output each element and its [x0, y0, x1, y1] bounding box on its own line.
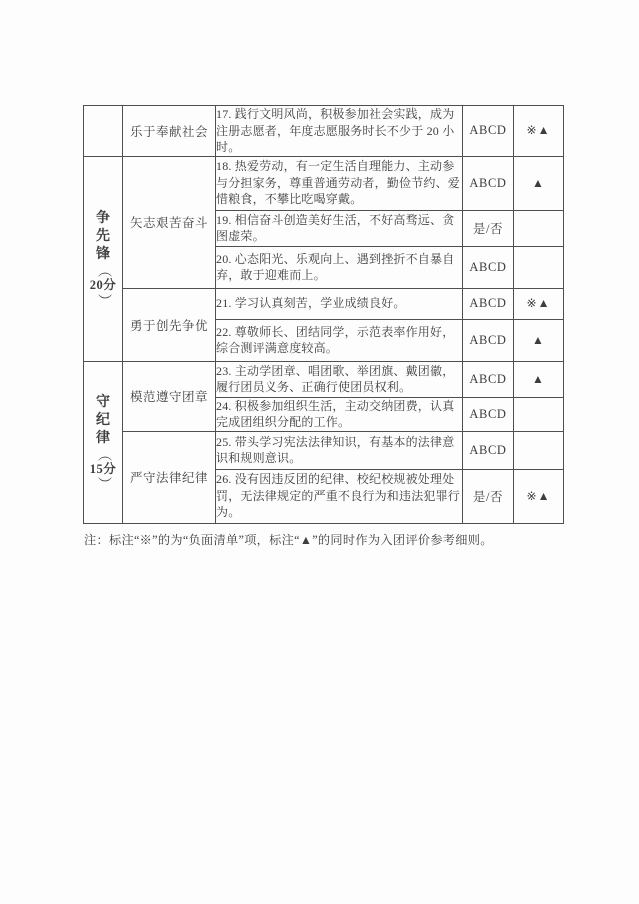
subcategory-strive-for-excellence: 勇于创先争优: [123, 288, 216, 361]
category-char: 纪: [96, 413, 110, 429]
category-score: 15分: [90, 462, 117, 476]
mark-24: [514, 397, 564, 431]
table-row: 争 先 锋 （ 20分 ） 矢志艰苦奋斗 18. 热爱劳动，有一定生活自理能力、…: [84, 156, 564, 210]
item-23: 23. 主动学团章、唱团歌、举团旗、戴团徽，履行团员义务、正确行使团员权利。: [216, 361, 463, 397]
subcategory-hard-struggle: 矢志艰苦奋斗: [123, 156, 216, 288]
subcategory-abide-by-law: 严守法律纪律: [123, 431, 216, 523]
category-char: 守: [96, 395, 110, 411]
document-page: 乐于奉献社会 17. 践行文明风尚，积极参加社会实践，成为注册志愿者，年度志愿服…: [0, 0, 639, 904]
category-paren-open: （: [98, 264, 109, 278]
table-row: 乐于奉献社会 17. 践行文明风尚，积极参加社会实践，成为注册志愿者，年度志愿服…: [84, 106, 564, 157]
category-paren-close: ）: [98, 477, 109, 491]
item-17: 17. 践行文明风尚，积极参加社会实践，成为注册志愿者，年度志愿服务时长不少于 …: [216, 106, 463, 157]
category-label-vertical: 争 先 锋 （ 20分 ）: [84, 211, 122, 306]
evaluation-table: 乐于奉献社会 17. 践行文明风尚，积极参加社会实践，成为注册志愿者，年度志愿服…: [83, 105, 564, 524]
rating-20: ABCD: [463, 246, 514, 288]
rating-18: ABCD: [463, 156, 514, 210]
item-18: 18. 热爱劳动，有一定生活自理能力、主动参与分担家务，尊重普通劳动者，勤俭节约…: [216, 156, 463, 210]
item-26: 26. 没有因违反团的纪律、校纪校规被处理处罚，无法律规定的严重不良行为和违法犯…: [216, 469, 463, 523]
rating-24: ABCD: [463, 397, 514, 431]
item-22: 22. 尊敬师长、团结同学，示范表率作用好，综合测评满意度较高。: [216, 319, 463, 361]
item-20: 20. 心态阳光、乐观向上、遇到挫折不自暴自弃，敢于迎难而上。: [216, 246, 463, 288]
table-row: 严守法律纪律 25. 带头学习宪法法律知识，有基本的法律意识和规则意识。 ABC…: [84, 431, 564, 469]
item-25: 25. 带头学习宪法法律知识，有基本的法律意识和规则意识。: [216, 431, 463, 469]
category-paren-close: ）: [98, 293, 109, 307]
mark-26: ※▲: [514, 469, 564, 523]
mark-25: [514, 431, 564, 469]
mark-18: ▲: [514, 156, 564, 210]
rating-17: ABCD: [463, 106, 514, 157]
mark-21: ※▲: [514, 288, 564, 319]
category-char: 先: [96, 229, 110, 245]
rating-25: ABCD: [463, 431, 514, 469]
item-21: 21. 学习认真刻苦，学业成绩良好。: [216, 288, 463, 319]
mark-23: ▲: [514, 361, 564, 397]
rating-26: 是/否: [463, 469, 514, 523]
item-19: 19. 相信奋斗创造美好生活，不好高骛远、贪图虚荣。: [216, 210, 463, 246]
rating-21: ABCD: [463, 288, 514, 319]
rating-19: 是/否: [463, 210, 514, 246]
rating-23: ABCD: [463, 361, 514, 397]
category-char: 锋: [96, 247, 110, 263]
mark-20: [514, 246, 564, 288]
mark-22: ▲: [514, 319, 564, 361]
table-row: 勇于创先争优 21. 学习认真刻苦，学业成绩良好。 ABCD ※▲: [84, 288, 564, 319]
category-paren-open: （: [98, 447, 109, 461]
subcategory-observe-league-constitution: 模范遵守团章: [123, 361, 216, 431]
category-char: 争: [96, 211, 110, 227]
category-char: 律: [96, 431, 110, 447]
rating-22: ABCD: [463, 319, 514, 361]
mark-19: [514, 210, 564, 246]
category-observe-discipline: 守 纪 律 （ 15分 ）: [84, 361, 123, 523]
subcategory-dedicate-to-society: 乐于奉献社会: [123, 106, 216, 157]
mark-17: ※▲: [514, 106, 564, 157]
item-24: 24. 积极参加组织生活，主动交纳团费，认真完成团组织分配的工作。: [216, 397, 463, 431]
footnote: 注：标注“※”的为“负面清单”项，标注“▲”的同时作为入团评价参考细则。: [84, 533, 563, 548]
table-area: 乐于奉献社会 17. 践行文明风尚，积极参加社会实践，成为注册志愿者，年度志愿服…: [83, 105, 563, 548]
category-strive-to-be-vanguard: 争 先 锋 （ 20分 ）: [84, 156, 123, 361]
category-label-vertical: 守 纪 律 （ 15分 ）: [84, 395, 122, 490]
category-score: 20分: [90, 278, 117, 292]
category-cell-empty: [84, 106, 123, 157]
table-row: 守 纪 律 （ 15分 ） 模范遵守团章 23. 主动学团章、唱团歌、举团旗、戴…: [84, 361, 564, 397]
